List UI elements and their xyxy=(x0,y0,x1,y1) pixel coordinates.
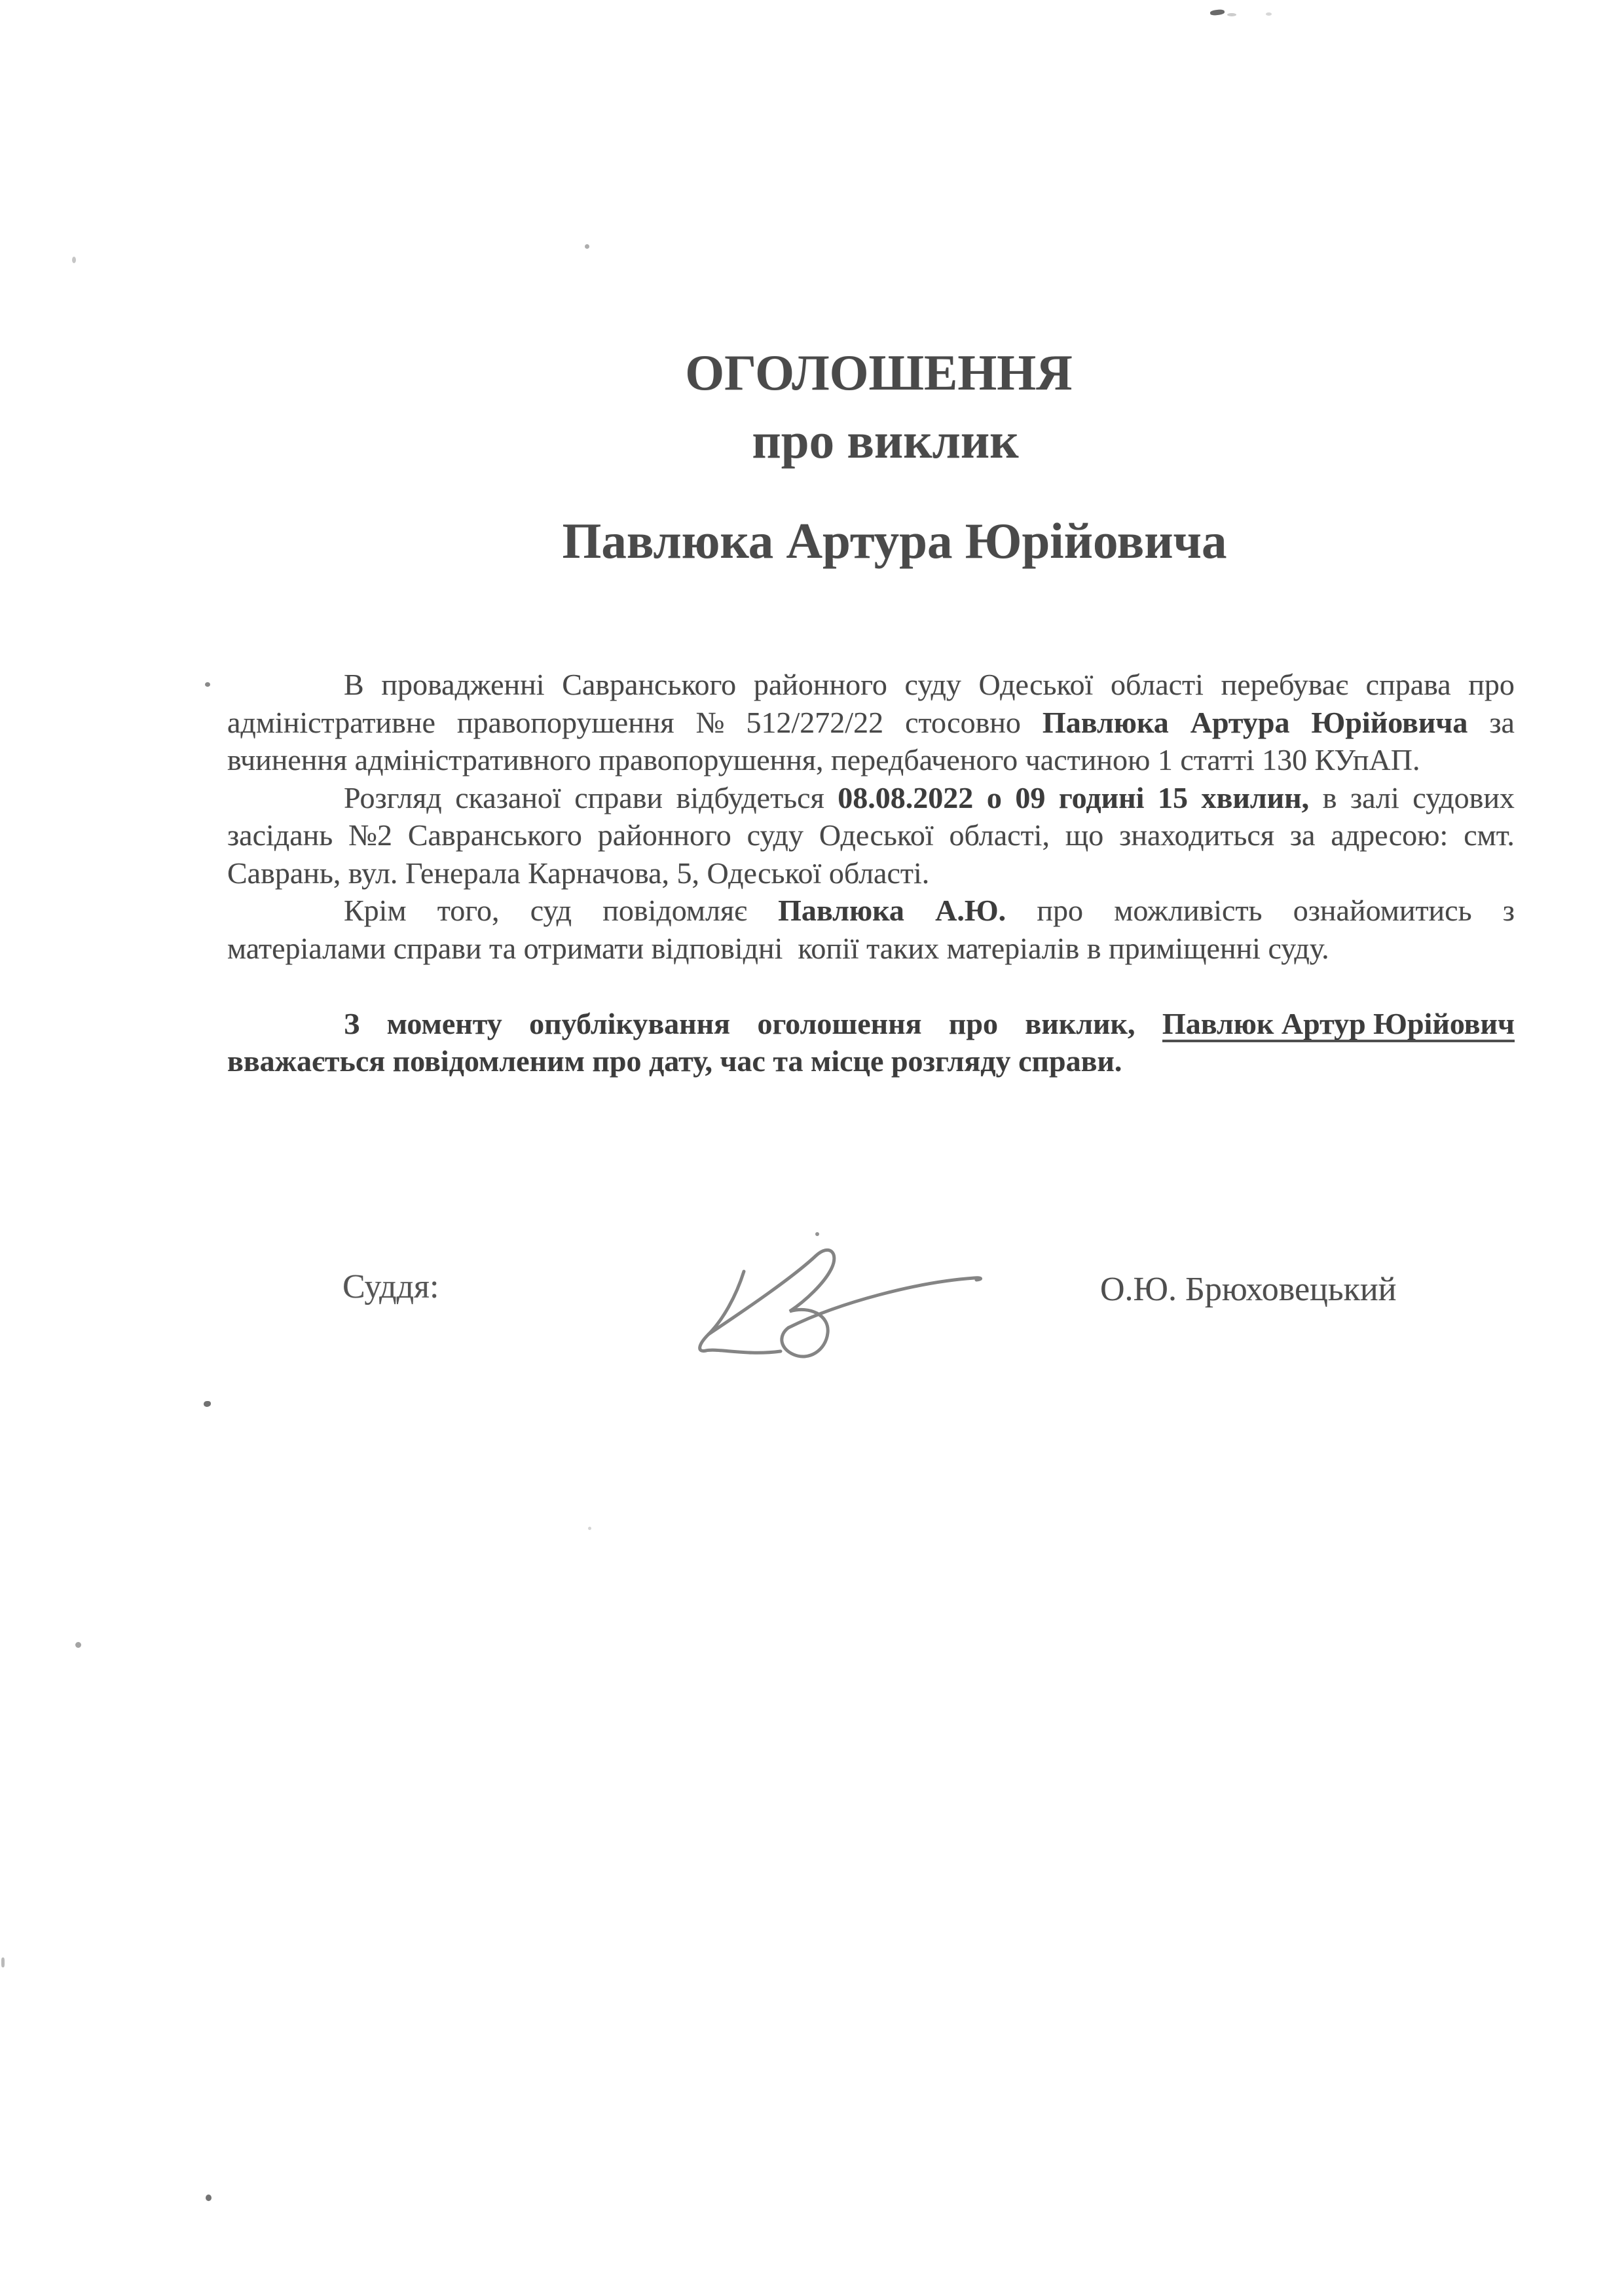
word: Одеської xyxy=(979,666,1094,704)
word: Павлюка xyxy=(1043,704,1169,742)
paragraph-line: Розглядсказаноїсправивідбудеться08.08.20… xyxy=(227,779,1515,817)
word: 1 xyxy=(1158,741,1173,779)
word: про xyxy=(1037,892,1083,930)
word: 512/272/22 xyxy=(747,704,884,742)
word: опублікування xyxy=(529,1005,730,1043)
word: А.Ю. xyxy=(935,892,1006,930)
word: суд xyxy=(530,892,572,930)
word: 08.08.2022 xyxy=(838,779,973,817)
word: правопорушення xyxy=(457,704,674,742)
word: правопорушення, xyxy=(599,741,823,779)
word: передбаченого xyxy=(831,741,1018,779)
document-body: ВпровадженніСавранськогорайонногосудуОде… xyxy=(227,666,1515,1080)
paragraph-line: ВпровадженніСавранськогорайонногосудуОде… xyxy=(227,666,1515,704)
word: приміщенні xyxy=(1109,930,1261,968)
summoned-person-name-title: Павлюка Артура Юрійовича xyxy=(251,513,1538,569)
word: та xyxy=(773,1042,803,1080)
word: Саврань, xyxy=(227,854,341,892)
paragraph-line: Крімтого,судповідомляєПавлюкаА.Ю.проможл… xyxy=(227,892,1515,930)
word: В xyxy=(344,666,364,704)
word: Юрійовича xyxy=(1312,704,1468,742)
word: можливість xyxy=(1114,892,1262,930)
word: відповідні xyxy=(652,930,790,968)
word: КУпАП. xyxy=(1315,741,1420,779)
word: за xyxy=(1290,816,1316,854)
word: справи. xyxy=(1018,1042,1122,1080)
word: 5, xyxy=(677,854,700,892)
word: Одеської xyxy=(707,854,822,892)
paragraph-line: матеріалами справи та отримати відповідн… xyxy=(227,930,1515,968)
word: що xyxy=(1065,816,1103,854)
word: засідань xyxy=(227,816,333,854)
word: вул. xyxy=(348,854,398,892)
scan-speck xyxy=(1,1958,5,1967)
word: стосовно xyxy=(905,704,1021,742)
scan-speck xyxy=(206,2195,212,2201)
word: Карначова, xyxy=(528,854,669,892)
word: в xyxy=(1087,930,1101,968)
word: Одеської xyxy=(819,816,934,854)
word: Артура xyxy=(1190,704,1290,742)
word: статті xyxy=(1180,741,1254,779)
judge-label: Суддя: xyxy=(342,1267,439,1307)
word: судових xyxy=(1412,779,1515,817)
scan-speck xyxy=(1210,9,1225,16)
word: відбудеться xyxy=(676,779,824,817)
word: виклик, xyxy=(1025,1005,1135,1043)
paragraph-line: вчинення адміністративного правопорушенн… xyxy=(227,741,1515,779)
word: районного xyxy=(754,666,887,704)
word: матеріалів xyxy=(947,930,1080,968)
word: районного xyxy=(598,816,731,854)
word: моменту xyxy=(387,1005,502,1043)
word: 09 xyxy=(1015,779,1045,817)
word: про xyxy=(1468,666,1515,704)
word: отримати xyxy=(524,930,644,968)
word: адміністративне xyxy=(227,704,435,742)
word: справи xyxy=(574,779,663,817)
word: Савранського xyxy=(408,816,582,854)
scanned-document-page: ОГОЛОШЕННЯ про виклик Павлюка Артура Юрі… xyxy=(0,0,1624,2296)
scan-speck xyxy=(75,1642,81,1648)
word: №2 xyxy=(348,816,392,854)
word: 15 xyxy=(1158,779,1188,817)
signature-icon xyxy=(668,1205,1035,1401)
word: адміністративного xyxy=(355,741,591,779)
word: справи xyxy=(394,930,482,968)
word: повідомляє xyxy=(602,892,747,930)
word: за xyxy=(1489,704,1515,742)
word: матеріалами xyxy=(227,930,386,968)
word: № xyxy=(696,704,725,742)
word: знаходиться xyxy=(1119,816,1274,854)
word: Генерала xyxy=(405,854,521,892)
word: провадженні xyxy=(381,666,544,704)
blank-line xyxy=(227,967,1515,1005)
word: місце xyxy=(811,1042,883,1080)
word: адресою: xyxy=(1331,816,1448,854)
scan-speck xyxy=(204,1401,211,1407)
word: 130 xyxy=(1262,741,1307,779)
word: дату, xyxy=(649,1042,712,1080)
scan-speck xyxy=(585,244,589,249)
underlined-name: Павлюк Артур Юрійович xyxy=(1162,1005,1515,1043)
word: в xyxy=(1323,779,1337,817)
word: ознайомитись xyxy=(1293,892,1472,930)
word: частиною xyxy=(1025,741,1151,779)
word: З xyxy=(344,1005,360,1043)
announcement-title: ОГОЛОШЕННЯ xyxy=(235,345,1522,401)
word: о xyxy=(987,779,1002,817)
paragraph-line: засідань№2СавранськогорайонногосудуОдесь… xyxy=(227,816,1515,854)
word: Розгляд xyxy=(344,779,442,817)
word: оголошення xyxy=(757,1005,921,1043)
word: та xyxy=(489,930,516,968)
paragraph-line: вважається повідомленим про дату, час та… xyxy=(227,1042,1515,1080)
word: з xyxy=(1503,892,1515,930)
paragraph-line: Саврань, вул. Генерала Карначова, 5, Оде… xyxy=(227,854,1515,892)
word: смт. xyxy=(1464,816,1515,854)
word: того, xyxy=(437,892,500,930)
scan-speck xyxy=(1266,12,1272,16)
scan-speck xyxy=(588,1527,591,1530)
word: про xyxy=(592,1042,641,1080)
paragraph-line: Змоментуопублікуванняоголошенняпровиклик… xyxy=(227,1005,1515,1043)
announcement-subtitle: про виклик xyxy=(242,413,1529,469)
judge-name: О.Ю. Брюховецький xyxy=(1100,1270,1397,1309)
word: перебуває xyxy=(1221,666,1348,704)
word: вважається xyxy=(227,1042,385,1080)
word: суду xyxy=(747,816,803,854)
word: області. xyxy=(829,854,929,892)
word: вчинення xyxy=(227,741,347,779)
word: повідомленим xyxy=(393,1042,585,1080)
word: області, xyxy=(950,816,1050,854)
scan-speck xyxy=(205,682,210,687)
word: сказаної xyxy=(455,779,561,817)
word: час xyxy=(720,1042,765,1080)
word: Павлюка xyxy=(778,892,904,930)
word: розгляду xyxy=(891,1042,1011,1080)
word: суду. xyxy=(1268,930,1329,968)
scan-speck xyxy=(72,257,76,263)
word: Савранського xyxy=(562,666,736,704)
word: Крім xyxy=(344,892,407,930)
word: таких xyxy=(866,930,939,968)
scan-speck xyxy=(1227,13,1236,16)
word: залі xyxy=(1350,779,1399,817)
word: про xyxy=(949,1005,998,1043)
word: копії xyxy=(798,930,858,968)
word: справа xyxy=(1366,666,1451,704)
paragraph-line: адміністративнеправопорушення№512/272/22… xyxy=(227,704,1515,742)
word: годині xyxy=(1059,779,1144,817)
word: хвилин, xyxy=(1202,779,1310,817)
word: області xyxy=(1111,666,1204,704)
word: суду xyxy=(905,666,961,704)
